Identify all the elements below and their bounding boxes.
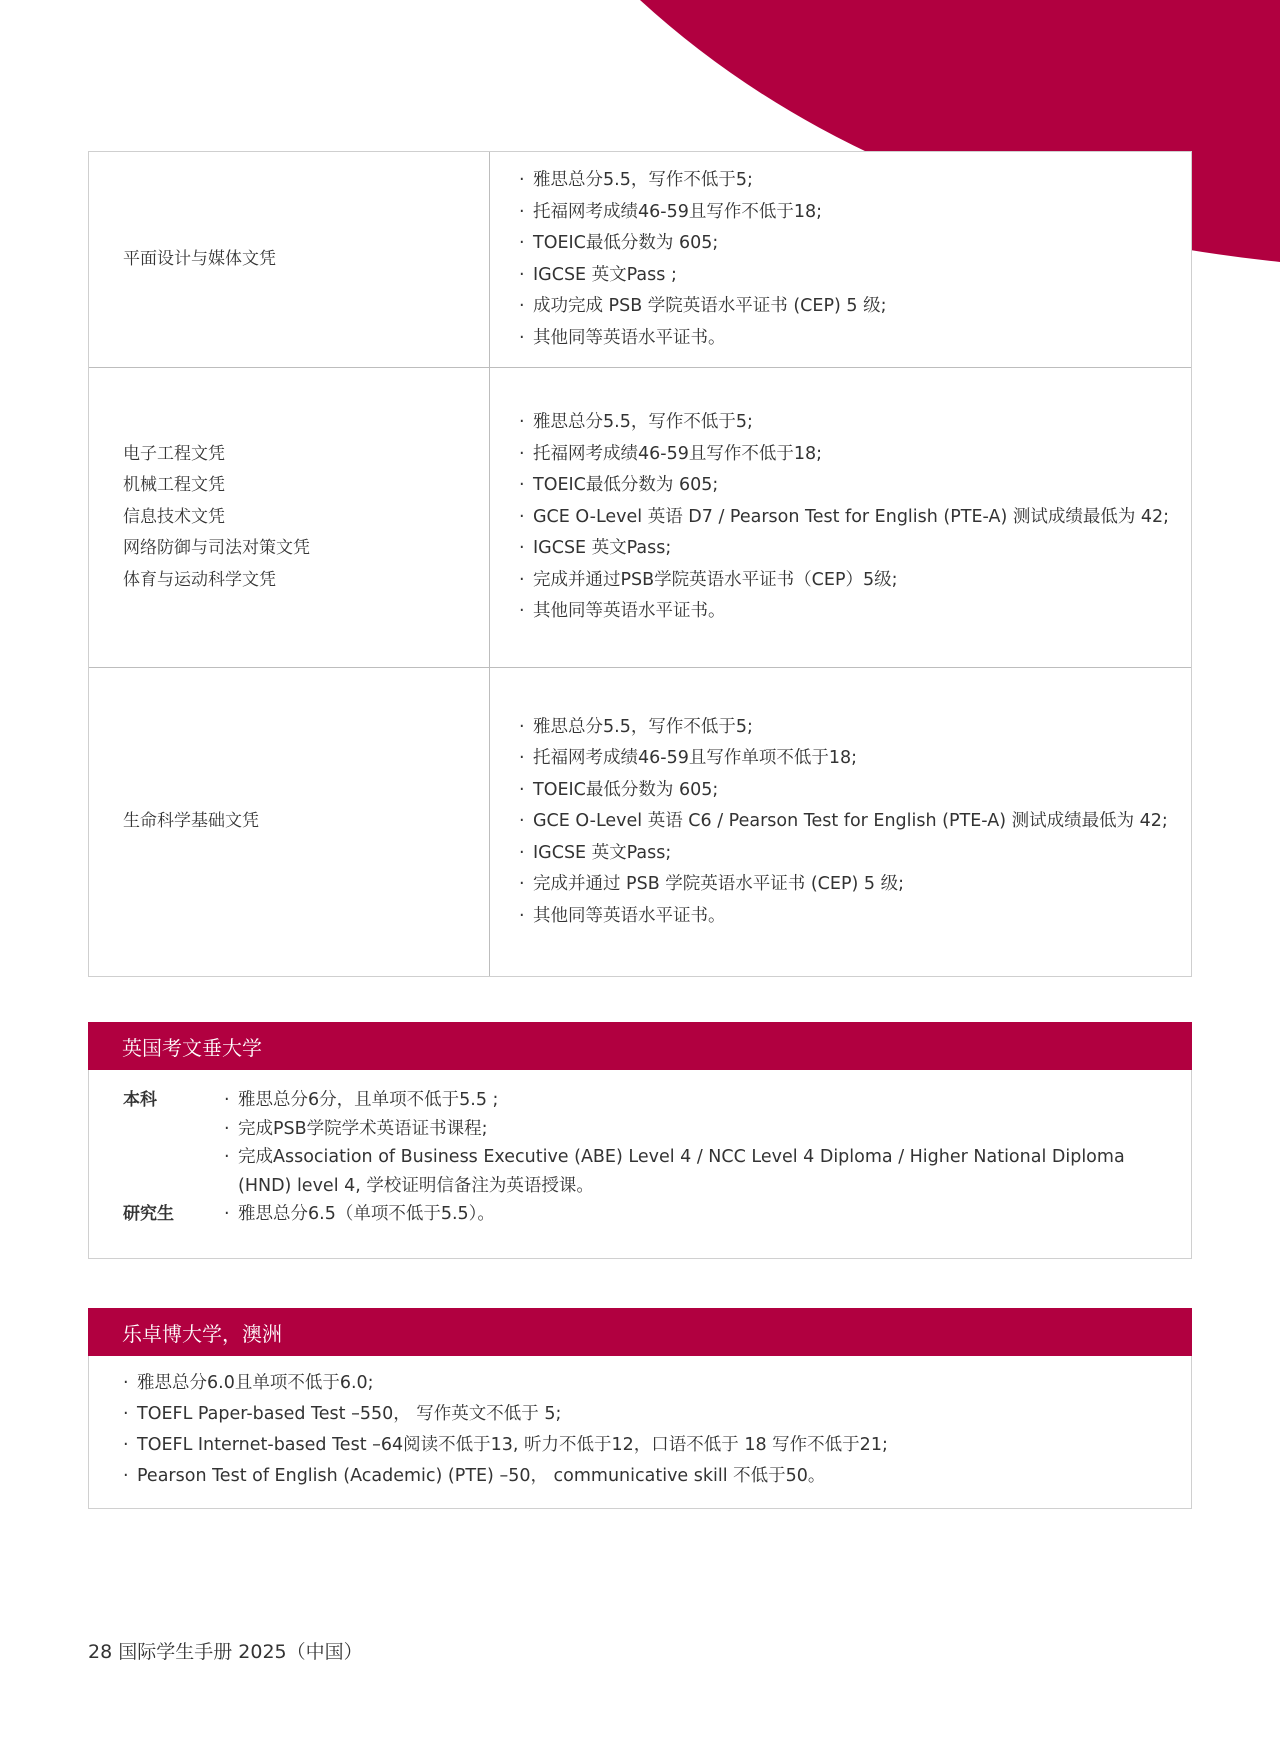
list-item: ·雅思总分5.5，写作不低于5; (519, 165, 1171, 197)
section-header: 乐卓博大学，澳洲 (88, 1308, 1192, 1356)
requirement-text: 托福网考成绩46-59且写作单项不低于18; (533, 743, 1171, 775)
bullet-icon: · (123, 1399, 137, 1430)
requirement-list: ·雅思总分6.5（单项不低于5.5）。 (224, 1200, 1191, 1229)
list-item: ·雅思总分6分，且单项不低于5.5 ; (224, 1086, 1161, 1115)
section-body: ·雅思总分6.0且单项不低于6.0; ·TOEFL Paper-based Te… (89, 1356, 1191, 1492)
latrobe-section: 乐卓博大学，澳洲 ·雅思总分6.0且单项不低于6.0; ·TOEFL Paper… (88, 1308, 1192, 1509)
list-item: ·完成并通过 PSB 学院英语水平证书 (CEP) 5 级; (519, 869, 1171, 901)
list-item: ·其他同等英语水平证书。 (519, 901, 1171, 933)
requirement-text: 其他同等英语水平证书。 (533, 323, 1171, 355)
program-cell: 电子工程文凭 机械工程文凭 信息技术文凭 网络防御与司法对策文凭 体育与运动科学… (89, 368, 490, 667)
requirement-text: TOEIC最低分数为 605; (533, 228, 1171, 260)
requirements-table: 平面设计与媒体文凭 ·雅思总分5.5，写作不低于5; ·托福网考成绩46-59且… (88, 151, 1192, 977)
postgraduate-row: 研究生 ·雅思总分6.5（单项不低于5.5）。 (89, 1200, 1191, 1229)
requirement-text: 完成并通过 PSB 学院英语水平证书 (CEP) 5 级; (533, 869, 1171, 901)
bullet-icon: · (519, 869, 533, 901)
requirement-text: TOEFL Internet-based Test –64阅读不低于13, 听力… (137, 1430, 1191, 1461)
bullet-icon: · (519, 806, 533, 838)
requirement-cell: ·雅思总分5.5，写作不低于5; ·托福网考成绩46-59且写作单项不低于18;… (490, 668, 1191, 976)
requirement-list: ·雅思总分6分，且单项不低于5.5 ; ·完成PSB学院学术英语证书课程; ·完… (224, 1086, 1191, 1200)
table-row: 生命科学基础文凭 ·雅思总分5.5，写作不低于5; ·托福网考成绩46-59且写… (89, 668, 1191, 976)
bullet-icon: · (519, 712, 533, 744)
list-item: ·成功完成 PSB 学院英语水平证书 (CEP) 5 级; (519, 291, 1171, 323)
requirement-text: 其他同等英语水平证书。 (533, 901, 1171, 933)
list-item: ·雅思总分6.0且单项不低于6.0; (123, 1368, 1191, 1399)
requirement-text: IGCSE 英文Pass; (533, 838, 1171, 870)
requirement-text: 托福网考成绩46-59且写作不低于18; (533, 439, 1171, 471)
bullet-icon: · (224, 1200, 238, 1229)
list-item: ·托福网考成绩46-59且写作单项不低于18; (519, 743, 1171, 775)
requirement-cell: ·雅思总分5.5，写作不低于5; ·托福网考成绩46-59且写作不低于18; ·… (490, 152, 1191, 367)
bullet-icon: · (519, 470, 533, 502)
page-number: 28 (88, 1641, 112, 1663)
section-header: 英国考文垂大学 (88, 1022, 1192, 1070)
degree-label: 研究生 (89, 1200, 224, 1229)
list-item: ·雅思总分5.5，写作不低于5; (519, 712, 1171, 744)
bullet-icon: · (519, 901, 533, 933)
requirement-text: 雅思总分5.5，写作不低于5; (533, 712, 1171, 744)
requirement-text: IGCSE 英文Pass ; (533, 260, 1171, 292)
list-item: ·IGCSE 英文Pass; (519, 533, 1171, 565)
requirement-text: 托福网考成绩46-59且写作不低于18; (533, 197, 1171, 229)
requirement-text: 成功完成 PSB 学院英语水平证书 (CEP) 5 级; (533, 291, 1171, 323)
list-item: ·其他同等英语水平证书。 (519, 596, 1171, 628)
program-name: 机械工程文凭 (123, 470, 489, 502)
requirement-text: 其他同等英语水平证书。 (533, 596, 1171, 628)
list-item: ·Pearson Test of English (Academic) (PTE… (123, 1461, 1191, 1492)
list-item: ·完成并通过PSB学院英语水平证书（CEP）5级; (519, 565, 1171, 597)
bullet-icon: · (519, 439, 533, 471)
requirement-cell: ·雅思总分5.5，写作不低于5; ·托福网考成绩46-59且写作不低于18; ·… (490, 368, 1191, 667)
program-name: 网络防御与司法对策文凭 (123, 533, 489, 565)
bullet-icon: · (123, 1368, 137, 1399)
requirement-text: GCE O-Level 英语 C6 / Pearson Test for Eng… (533, 806, 1171, 838)
list-item: ·IGCSE 英文Pass ; (519, 260, 1171, 292)
section-title: 乐卓博大学，澳洲 (122, 1318, 282, 1347)
table-row: 电子工程文凭 机械工程文凭 信息技术文凭 网络防御与司法对策文凭 体育与运动科学… (89, 368, 1191, 668)
list-item: ·GCE O-Level 英语 D7 / Pearson Test for En… (519, 502, 1171, 534)
list-item: ·TOEFL Internet-based Test –64阅读不低于13, 听… (123, 1430, 1191, 1461)
page-footer: 28 国际学生手册 2025（中国） (88, 1637, 363, 1664)
list-item: ·TOEIC最低分数为 605; (519, 470, 1171, 502)
program-name: 平面设计与媒体文凭 (123, 244, 489, 276)
requirement-text: 完成并通过PSB学院英语水平证书（CEP）5级; (533, 565, 1171, 597)
list-item: ·TOEIC最低分数为 605; (519, 775, 1171, 807)
list-item: ·雅思总分6.5（单项不低于5.5）。 (224, 1200, 1161, 1229)
requirement-text: TOEIC最低分数为 605; (533, 470, 1171, 502)
program-cell: 生命科学基础文凭 (89, 668, 490, 976)
requirement-text: 雅思总分6.0且单项不低于6.0; (137, 1368, 1191, 1399)
bullet-icon: · (519, 197, 533, 229)
bullet-icon: · (519, 502, 533, 534)
section-body: 本科 ·雅思总分6分，且单项不低于5.5 ; ·完成PSB学院学术英语证书课程;… (89, 1070, 1191, 1229)
program-name: 体育与运动科学文凭 (123, 565, 489, 597)
bullet-icon: · (519, 228, 533, 260)
requirement-text: GCE O-Level 英语 D7 / Pearson Test for Eng… (533, 502, 1171, 534)
section-title: 英国考文垂大学 (122, 1032, 262, 1061)
list-item: ·托福网考成绩46-59且写作不低于18; (519, 439, 1171, 471)
bullet-icon: · (519, 596, 533, 628)
bullet-icon: · (224, 1143, 238, 1200)
bullet-icon: · (519, 323, 533, 355)
bullet-icon: · (519, 775, 533, 807)
requirement-text: 雅思总分6.5（单项不低于5.5）。 (238, 1200, 1161, 1229)
requirement-text: 雅思总分5.5，写作不低于5; (533, 407, 1171, 439)
requirement-text: TOEFL Paper-based Test –550， 写作英文不低于 5; (137, 1399, 1191, 1430)
program-name: 电子工程文凭 (123, 439, 489, 471)
program-name: 生命科学基础文凭 (123, 806, 489, 838)
bullet-icon: · (519, 743, 533, 775)
undergraduate-row: 本科 ·雅思总分6分，且单项不低于5.5 ; ·完成PSB学院学术英语证书课程;… (89, 1086, 1191, 1200)
requirement-text: 雅思总分6分，且单项不低于5.5 ; (238, 1086, 1161, 1115)
bullet-icon: · (519, 260, 533, 292)
footer-title: 国际学生手册 2025（中国） (118, 1641, 362, 1663)
bullet-icon: · (519, 407, 533, 439)
requirement-text: Pearson Test of English (Academic) (PTE)… (137, 1461, 1191, 1492)
bullet-icon: · (519, 165, 533, 197)
bullet-icon: · (519, 291, 533, 323)
list-item: ·完成PSB学院学术英语证书课程; (224, 1115, 1161, 1144)
list-item: ·其他同等英语水平证书。 (519, 323, 1171, 355)
program-name: 信息技术文凭 (123, 502, 489, 534)
bullet-icon: · (519, 565, 533, 597)
list-item: ·托福网考成绩46-59且写作不低于18; (519, 197, 1171, 229)
requirement-text: TOEIC最低分数为 605; (533, 775, 1171, 807)
program-cell: 平面设计与媒体文凭 (89, 152, 490, 367)
list-item: ·GCE O-Level 英语 C6 / Pearson Test for En… (519, 806, 1171, 838)
list-item: ·TOEFL Paper-based Test –550， 写作英文不低于 5; (123, 1399, 1191, 1430)
bullet-icon: · (224, 1115, 238, 1144)
list-item: ·完成Association of Business Executive (AB… (224, 1143, 1161, 1200)
bullet-icon: · (123, 1430, 137, 1461)
coventry-section: 英国考文垂大学 本科 ·雅思总分6分，且单项不低于5.5 ; ·完成PSB学院学… (88, 1022, 1192, 1259)
requirement-text: 完成Association of Business Executive (ABE… (238, 1143, 1161, 1200)
list-item: ·雅思总分5.5，写作不低于5; (519, 407, 1171, 439)
requirement-text: 雅思总分5.5，写作不低于5; (533, 165, 1171, 197)
bullet-icon: · (519, 533, 533, 565)
table-row: 平面设计与媒体文凭 ·雅思总分5.5，写作不低于5; ·托福网考成绩46-59且… (89, 152, 1191, 368)
bullet-icon: · (519, 838, 533, 870)
requirement-text: 完成PSB学院学术英语证书课程; (238, 1115, 1161, 1144)
bullet-icon: · (123, 1461, 137, 1492)
list-item: ·TOEIC最低分数为 605; (519, 228, 1171, 260)
list-item: ·IGCSE 英文Pass; (519, 838, 1171, 870)
requirement-text: IGCSE 英文Pass; (533, 533, 1171, 565)
degree-label: 本科 (89, 1086, 224, 1200)
bullet-icon: · (224, 1086, 238, 1115)
